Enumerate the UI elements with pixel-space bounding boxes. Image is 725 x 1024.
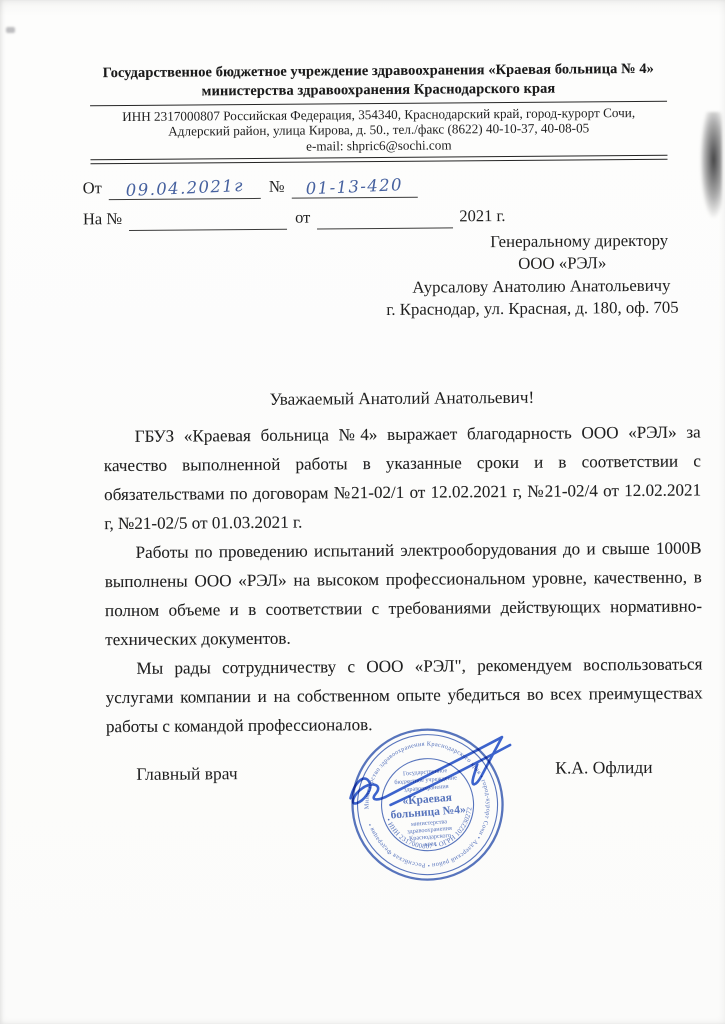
signature-loops: [350, 778, 385, 803]
scan-tilt-wrapper: Государственное бюджетное учреждение здр…: [0, 0, 725, 1024]
scan-smudge-artifact: [700, 112, 722, 218]
reply-reference-row: На № от 2021 г.: [83, 205, 506, 231]
signer-name: К.А. Офлиди: [555, 757, 653, 779]
paragraph-gratitude: ГБУЗ «Краевая больница №4» выражает благ…: [104, 417, 702, 538]
recipient-company: ООО «РЭЛ»: [298, 252, 690, 277]
reply-from-label: от: [295, 208, 310, 230]
recipient-person: Аурсалову Анатолию Анатольевичу: [298, 274, 690, 299]
outgoing-reference-row: От 09.04.2021г № 01-13-420: [83, 175, 418, 201]
recipient-address: г. Краснодар, ул. Красная, д. 180, оф. 7…: [299, 297, 691, 322]
from-label: От: [83, 178, 102, 200]
letter-body: ГБУЗ «Краевая больница №4» выражает благ…: [104, 417, 703, 741]
letterhead-divider-double: [90, 155, 667, 164]
handwritten-date: 09.04.2021г: [125, 176, 244, 200]
paragraph-work-quality: Работы по проведению испытаний электрооб…: [104, 533, 702, 654]
scan-speck-artifact: [6, 27, 15, 33]
reply-year-suffix: 2021 г.: [459, 206, 505, 228]
recipient-position: Генеральному директору: [298, 230, 690, 255]
recipient-block: Генеральному директору ООО «РЭЛ» Аурсало…: [298, 230, 691, 323]
from-date-underline: 09.04.2021г: [109, 176, 261, 200]
reply-number-underline: [129, 207, 287, 231]
salutation: Уважаемый Анатолий Анатольевич!: [103, 386, 700, 411]
signer-position: Главный врач: [136, 763, 237, 785]
stamp-line-9: края: [425, 840, 437, 848]
handwritten-number: 01-13-420: [306, 175, 404, 198]
signature-main-stroke: [385, 737, 502, 797]
number-underline: 01-13-420: [291, 175, 417, 199]
letterhead: Государственное бюджетное учреждение здр…: [90, 60, 668, 164]
reply-date-underline: [317, 205, 453, 229]
scanned-letter-page: Государственное бюджетное учреждение здр…: [0, 0, 725, 1024]
signature-second-stroke: [390, 745, 510, 805]
reply-to-label: На №: [83, 209, 122, 231]
number-label: №: [269, 177, 285, 199]
letterhead-contacts: ИНН 2317000807 Российская Федерация, 354…: [90, 105, 667, 156]
handwritten-signature: [334, 715, 535, 827]
